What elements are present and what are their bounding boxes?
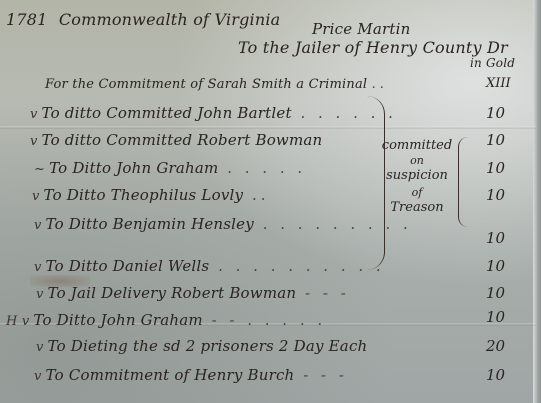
- fold-crease: [0, 126, 536, 129]
- opening-entry-amount: XIII: [486, 76, 526, 91]
- bracket-note-line: Treason: [372, 200, 462, 215]
- check-mark: v: [30, 134, 38, 149]
- opening-entry: For the Commitment of Sarah Smith a Crim…: [45, 77, 388, 92]
- header-currency-note: in Gold: [470, 56, 515, 70]
- entry-amount: 10: [486, 131, 526, 149]
- check-mark: v: [34, 218, 42, 233]
- entry-row: H vTo Ditto John Graham - - . . . . .: [6, 311, 326, 329]
- bracket-note-line: on: [372, 154, 462, 167]
- entry-amount: 10: [486, 284, 526, 302]
- entry-amount: 10: [486, 308, 526, 326]
- check-mark: v: [34, 369, 42, 384]
- entry-row: ~To Ditto John Graham . . . . .: [34, 159, 306, 177]
- entry-row: vTo Commitment of Henry Burch - - -: [34, 366, 348, 384]
- entry-text: To Ditto Daniel Wells: [46, 257, 210, 275]
- entry-text: To Commitment of Henry Burch: [46, 366, 295, 384]
- header-year: 1781: [6, 10, 48, 29]
- entry-amount: 10: [486, 159, 526, 177]
- bracket-note-line: suspicion: [372, 168, 462, 183]
- entry-row: vTo ditto Committed Robert Bowman: [30, 131, 322, 149]
- check-mark: v: [34, 260, 42, 275]
- check-mark: ~: [34, 162, 45, 177]
- entry-row: vTo Dieting the sd 2 prisoners 2 Day Eac…: [36, 337, 367, 355]
- leader-dots: ..: [372, 77, 388, 92]
- entry-amount: 10: [486, 104, 526, 122]
- entry-row: vTo Ditto Benjamin Hensley . . . . . . .…: [34, 215, 412, 233]
- entry-row: vTo Ditto Theophilus Lovly ..: [32, 186, 269, 204]
- entry-text: To Dieting the sd 2 prisoners 2 Day Each: [48, 337, 368, 355]
- check-mark: v: [32, 189, 40, 204]
- bracket-left: [366, 96, 385, 270]
- entry-text: To Ditto John Graham: [33, 311, 202, 329]
- opening-entry-text: For the Commitment of Sarah Smith a Crim…: [45, 77, 367, 92]
- entry-text: To Ditto Theophilus Lovly: [44, 186, 244, 204]
- entry-text: To Ditto John Graham: [49, 159, 218, 177]
- entry-amount: 10: [486, 366, 526, 384]
- entry-amount: 10: [486, 257, 526, 275]
- entry-text: To ditto Committed Robert Bowman: [42, 131, 323, 149]
- bracket-note-line: of: [372, 186, 462, 199]
- entry-amount: 20: [486, 337, 526, 355]
- check-mark: v: [30, 107, 38, 122]
- header-to-line: To the Jailer of Henry County Dr: [238, 38, 508, 57]
- entry-text: To ditto Committed John Bartlet: [42, 104, 292, 122]
- entry-amount: 10: [486, 229, 526, 247]
- check-mark: v: [36, 287, 44, 302]
- entry-row: vTo ditto Committed John Bartlet . . . .…: [30, 104, 397, 122]
- header-title: Commonwealth of Virginia: [59, 10, 281, 29]
- entry-row: vTo Ditto Daniel Wells . . . . . . . . .…: [34, 257, 385, 275]
- entry-amount: 10: [486, 186, 526, 204]
- entry-text: To Ditto Benjamin Hensley: [46, 215, 254, 233]
- page-edge: [533, 0, 541, 403]
- check-mark: v: [36, 340, 44, 355]
- entry-row: vTo Jail Delivery Robert Bowman - - -: [36, 284, 350, 302]
- header-title-line: 1781 Commonwealth of Virginia: [6, 10, 280, 29]
- check-mark: H v: [6, 314, 29, 329]
- entry-text: To Jail Delivery Robert Bowman: [48, 284, 297, 302]
- header-debtor: Price Martin: [312, 20, 410, 38]
- bracket-note-line: committed: [372, 138, 462, 153]
